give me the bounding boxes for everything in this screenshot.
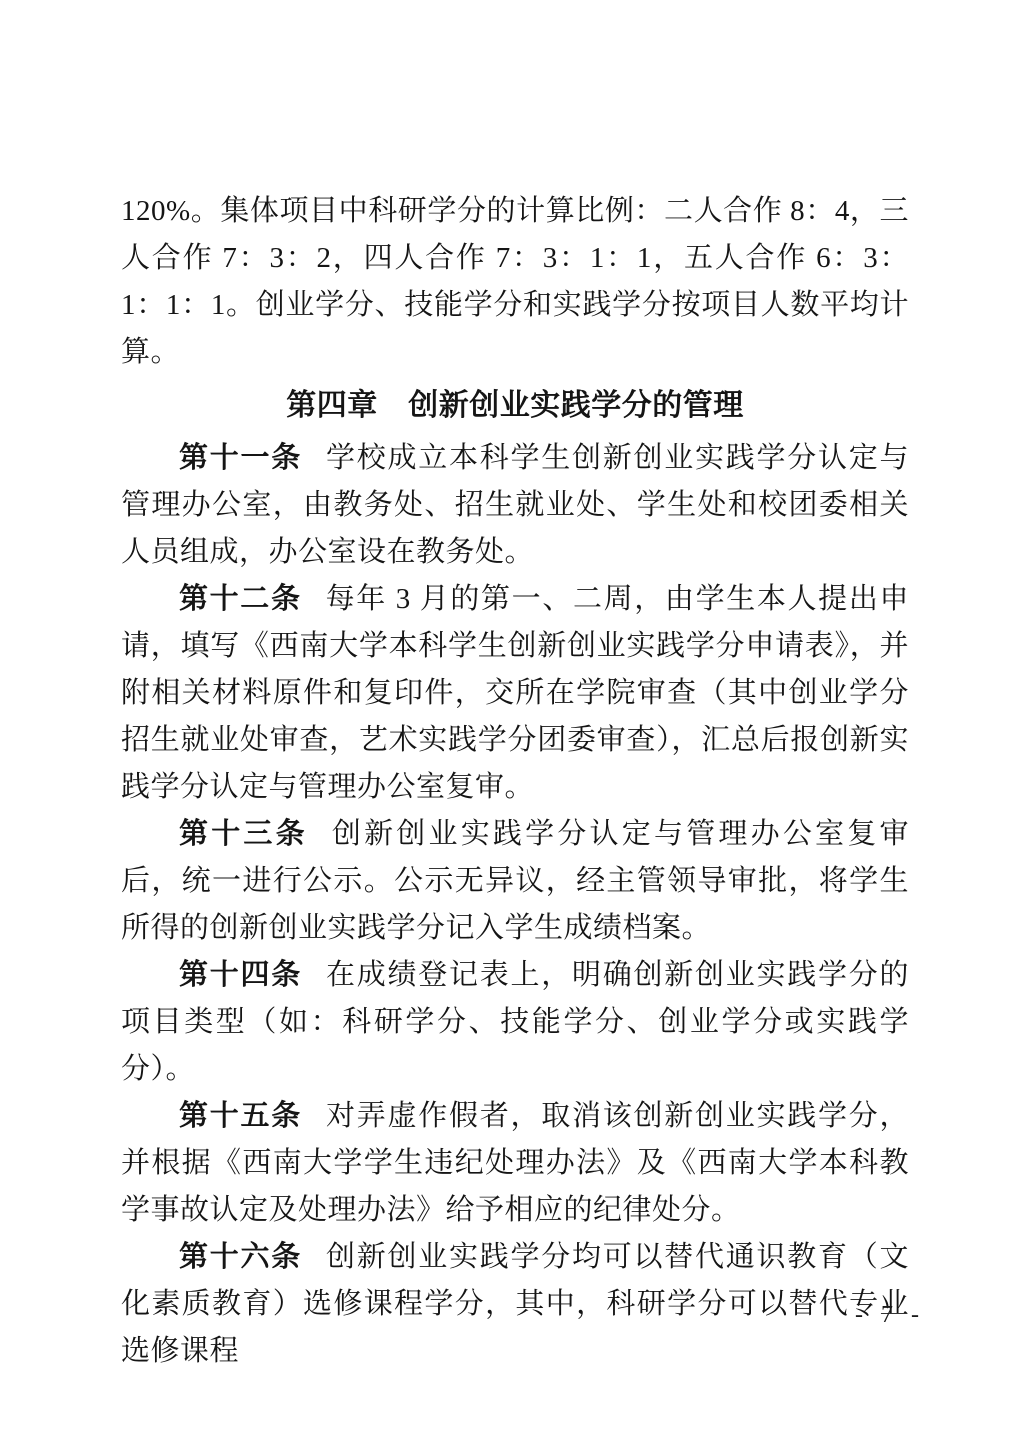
document-text-block: 120%。集体项目中科研学分的计算比例：二人合作 8：4，三人合作 7：3：2，…	[121, 188, 909, 1375]
article-text: 每年 3 月的第一、二周，由学生本人提出申请，填写《西南大学本科学生创新创业实践…	[121, 583, 909, 803]
chapter-heading: 第四章 创新创业实践学分的管理	[121, 382, 909, 429]
article-label: 第十六条	[179, 1241, 302, 1273]
continuation-paragraph: 120%。集体项目中科研学分的计算比例：二人合作 8：4，三人合作 7：3：2，…	[121, 188, 909, 376]
article-label: 第十三条	[179, 818, 308, 850]
article-label: 第十二条	[179, 583, 302, 615]
article-paragraph: 第十五条对弄虚作假者，取消该创新创业实践学分，并根据《西南大学学生违纪处理办法》…	[121, 1093, 909, 1234]
article-paragraph: 第十一条学校成立本科学生创新创业实践学分认定与管理办公室，由教务处、招生就业处、…	[121, 435, 909, 576]
document-page: 120%。集体项目中科研学分的计算比例：二人合作 8：4，三人合作 7：3：2，…	[0, 0, 1024, 1447]
article-label: 第十五条	[179, 1100, 302, 1132]
article-paragraph: 第十四条在成绩登记表上，明确创新创业实践学分的项目类型（如：科研学分、技能学分、…	[121, 952, 909, 1093]
article-label: 第十一条	[179, 442, 302, 474]
article-paragraph: 第十六条创新创业实践学分均可以替代通识教育（文化素质教育）选修课程学分，其中，科…	[121, 1234, 909, 1375]
article-label: 第十四条	[179, 959, 302, 991]
article-paragraph: 第十三条创新创业实践学分认定与管理办公室复审后，统一进行公示。公示无异议，经主管…	[121, 811, 909, 952]
continuation-paragraph-text: 120%。集体项目中科研学分的计算比例：二人合作 8：4，三人合作 7：3：2，…	[121, 195, 909, 368]
page-number: - 7 -	[855, 1300, 925, 1330]
article-paragraph: 第十二条每年 3 月的第一、二周，由学生本人提出申请，填写《西南大学本科学生创新…	[121, 576, 909, 811]
